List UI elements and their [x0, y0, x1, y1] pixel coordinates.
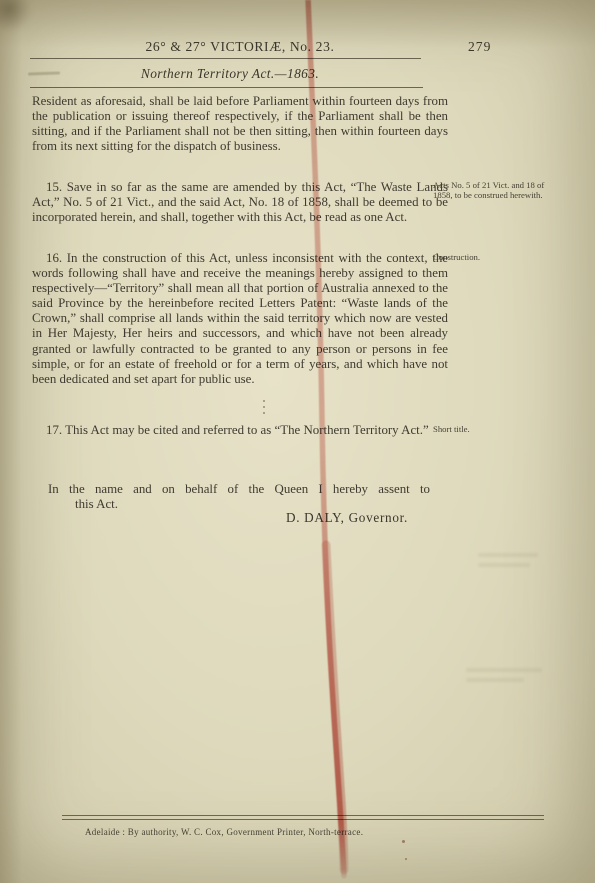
- show-through-mark: [466, 668, 546, 688]
- header-rule-top: [30, 58, 421, 59]
- top-left-corner-shadow: [0, 0, 32, 32]
- assent-line-1: In the name and on behalf of the Queen I…: [48, 482, 430, 497]
- paragraph-section-17: 17. This Act may be cited and referred t…: [32, 423, 448, 438]
- page-number: 279: [468, 39, 491, 55]
- assent-statement: In the name and on behalf of the Queen I…: [32, 482, 432, 512]
- paper-speck: [402, 840, 405, 843]
- header-rule-bottom: [30, 87, 423, 88]
- margin-note-section-16: Construction.: [433, 252, 551, 262]
- statute-header: 26° & 27° VICTORIÆ, No. 23.: [32, 39, 448, 55]
- paragraph-section-16: 16. In the construction of this Act, unl…: [32, 251, 448, 387]
- paragraph-continuation: Resident as aforesaid, shall be laid bef…: [32, 94, 448, 154]
- footer-double-rule: [62, 815, 544, 820]
- ink-dots-artifact: [263, 396, 266, 414]
- governor-signature: D. DALY, Governor.: [32, 510, 408, 526]
- scanned-act-page: 26° & 27° VICTORIÆ, No. 23. 279 Northern…: [0, 0, 595, 883]
- left-edge-shadow: [0, 0, 22, 883]
- paragraph-section-15: 15. Save in so far as the same are amend…: [32, 180, 448, 225]
- act-running-title: Northern Territory Act.—1863.: [32, 66, 428, 82]
- margin-note-section-15: Acts No. 5 of 21 Vict. and 18 of 1858, t…: [433, 180, 551, 201]
- show-through-mark: [478, 553, 544, 573]
- margin-note-section-17: Short title.: [433, 424, 551, 434]
- paper-speck: [405, 858, 407, 860]
- printer-imprint: Adelaide : By authority, W. C. Cox, Gove…: [85, 827, 363, 837]
